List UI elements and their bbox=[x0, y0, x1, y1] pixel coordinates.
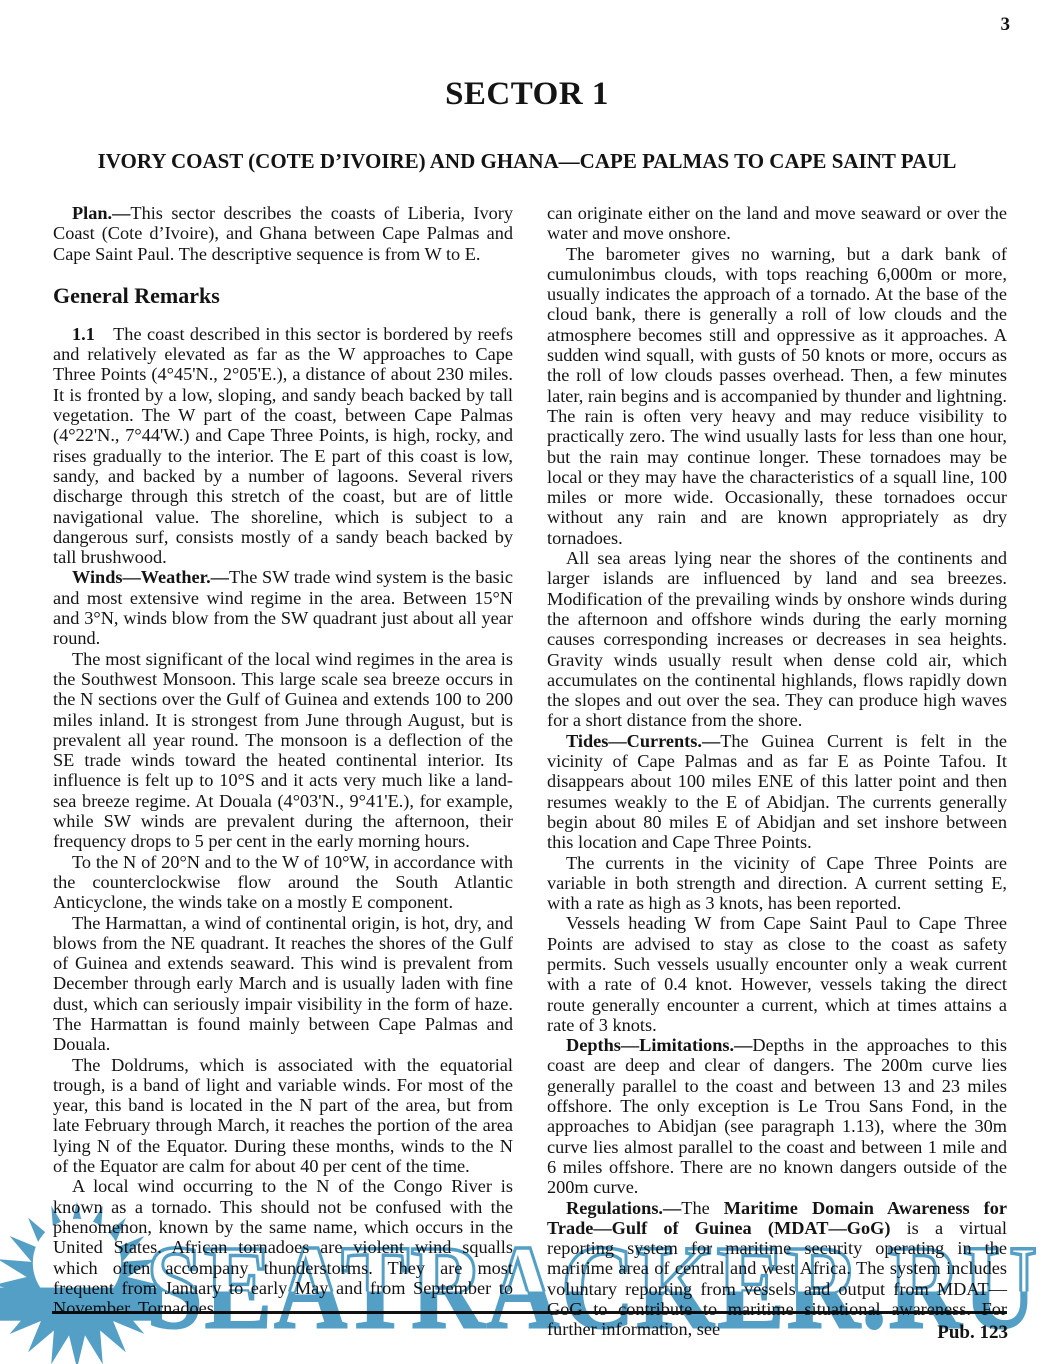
page-number: 3 bbox=[1001, 14, 1011, 36]
left-column: Plan.—This sector describes the coasts o… bbox=[53, 203, 513, 1340]
paragraph: can originate either on the land and mov… bbox=[547, 203, 1007, 244]
section-heading: General Remarks bbox=[53, 284, 513, 308]
document-page: 3 SECTOR 1 IVORY COAST (COTE D’IVOIRE) A… bbox=[0, 0, 1054, 1364]
paragraph: The Harmattan, a wind of continental ori… bbox=[53, 913, 513, 1055]
footer-rule bbox=[52, 1311, 1007, 1314]
paragraph: 1.1 The coast described in this sector i… bbox=[53, 324, 513, 568]
two-column-content: Plan.—This sector describes the coasts o… bbox=[53, 203, 1007, 1340]
paragraph: Plan.—This sector describes the coasts o… bbox=[53, 203, 513, 264]
right-column: can originate either on the land and mov… bbox=[547, 203, 1007, 1340]
paragraph: Tides—Currents.—The Guinea Current is fe… bbox=[547, 731, 1007, 853]
sector-subtitle: IVORY COAST (COTE D’IVOIRE) AND GHANA—CA… bbox=[0, 149, 1054, 174]
paragraph: All sea areas lying near the shores of t… bbox=[547, 548, 1007, 731]
publication-number: Pub. 123 bbox=[937, 1322, 1008, 1344]
paragraph: A local wind occurring to the N of the C… bbox=[53, 1176, 513, 1318]
paragraph: The Doldrums, which is associated with t… bbox=[53, 1055, 513, 1177]
paragraph: To the N of 20°N and to the W of 10°W, i… bbox=[53, 852, 513, 913]
paragraph: The barometer gives no warning, but a da… bbox=[547, 244, 1007, 548]
paragraph: Winds—Weather.—The SW trade wind system … bbox=[53, 567, 513, 648]
paragraph: The most significant of the local wind r… bbox=[53, 649, 513, 852]
paragraph: The currents in the vicinity of Cape Thr… bbox=[547, 853, 1007, 914]
paragraph: Regulations.—The Maritime Domain Awarene… bbox=[547, 1198, 1007, 1340]
paragraph: Depths—Limitations.—Depths in the approa… bbox=[547, 1035, 1007, 1197]
paragraph: Vessels heading W from Cape Saint Paul t… bbox=[547, 913, 1007, 1035]
sector-title: SECTOR 1 bbox=[0, 76, 1054, 113]
